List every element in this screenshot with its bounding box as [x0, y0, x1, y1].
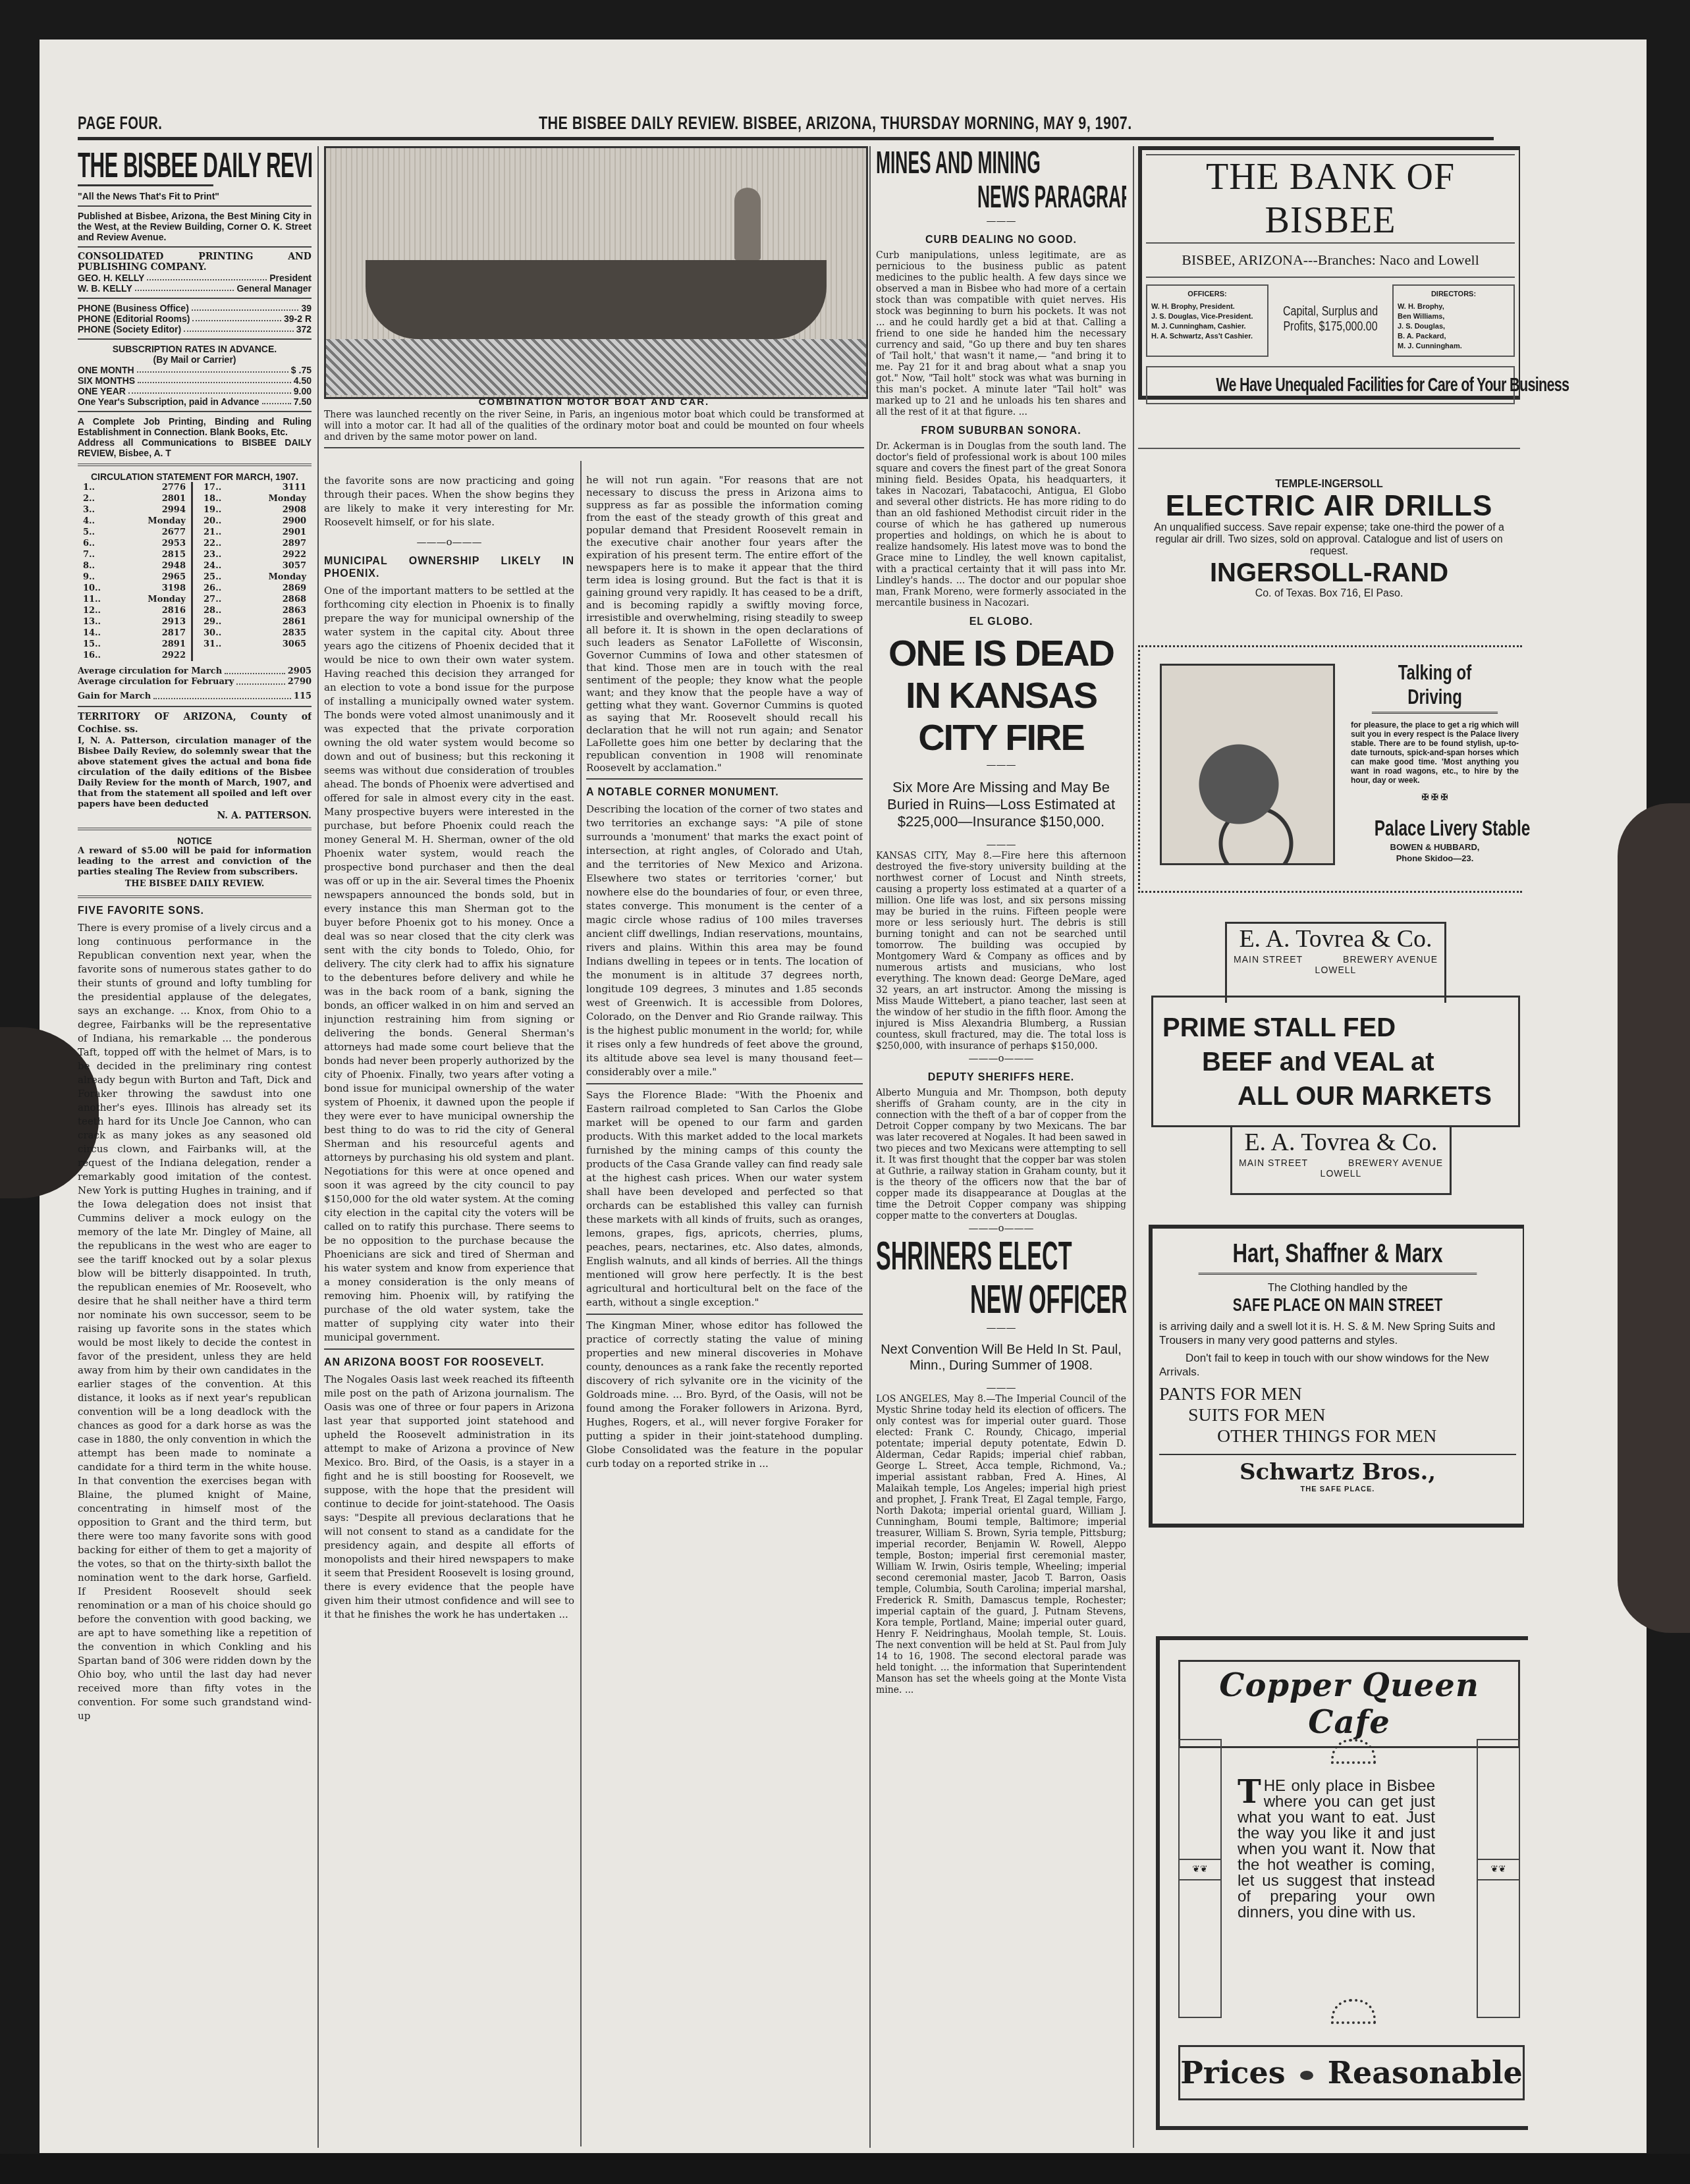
fire-subhead: Six More Are Missing and May Be Buried i… [876, 779, 1126, 830]
article-heading-municipal: MUNICIPAL OWNERSHIP LIKELY IN PHOENIX. [324, 555, 574, 580]
bank-of-bisbee-ad: THE BANK OF BISBEE BISBEE, ARIZONA---Bra… [1138, 146, 1520, 400]
circulation-row: 10..3198 [83, 583, 186, 594]
article-text-boost: The Nogales Oasis last week reached its … [324, 1373, 574, 1622]
curb-text: Curb manipulations, unless legitimate, a… [876, 250, 1126, 418]
ornament-panel-right [1477, 1739, 1520, 2018]
circulation-row: 15..2891 [83, 639, 186, 650]
affidavit-text: I, N. A. Patterson, circulation manager … [78, 736, 312, 810]
mines-title: MINES AND MINING NEWS PARAGRAPHS [876, 146, 1014, 215]
circulation-row: 27..2868 [204, 594, 306, 605]
drills-body: An unqualified success. Save repair expe… [1138, 522, 1520, 558]
bank-officers: OFFICERS: W. H. Brophy, President.J. S. … [1146, 284, 1268, 357]
curb-heading: CURB DEALING NO GOOD. [876, 234, 1126, 246]
director-item: W. H. Brophy, [1398, 302, 1510, 312]
circulation-row: 12..2816 [83, 605, 186, 616]
notice-text: A reward of $5.00 will be paid for infor… [78, 846, 312, 878]
livery-owners: BOWEN & HUBBARD, [1351, 841, 1519, 853]
address: Address all Communications to BISBEE DAI… [78, 437, 312, 458]
hsm-heading: Hart, Shaffner & Marx [1199, 1239, 1477, 1275]
gain-march: Gain for March115 [78, 691, 312, 702]
livery-body: for pleasure, the place to get a rig whi… [1351, 720, 1519, 785]
paper-title: THE BISBEE DAILY REVIEW [78, 146, 213, 186]
circulation-row: 1..2776 [83, 482, 186, 493]
circulation-row: 19..2908 [204, 504, 306, 516]
circulation-row: 20..2900 [204, 516, 306, 527]
sonora-text: Dr. Ackerman is in Douglas from the sout… [876, 441, 1126, 609]
affidavit-heading: TERRITORY OF ARIZONA, County of Cochise.… [78, 711, 312, 736]
shriners-headline: SHRINERS ELECT NEW OFFICERS [876, 1235, 1014, 1321]
deputy-text: Alberto Munguia and Mr. Thompson, both d… [876, 1088, 1126, 1222]
circulation-row: 3..2994 [83, 504, 186, 516]
hsm-store-tagline: THE SAFE PLACE. [1159, 1485, 1516, 1493]
livery-heading: Talking of Driving [1372, 660, 1498, 714]
bank-branches: BISBEE, ARIZONA---Branches: Naco and Low… [1146, 244, 1515, 278]
scan-edge [0, 2154, 1690, 2184]
circulation-heading: CIRCULATION STATEMENT FOR MARCH, 1907. [78, 471, 312, 482]
notice-heading: NOTICE [78, 836, 312, 846]
director-item: B. A. Packard, [1398, 332, 1510, 342]
copper-queen-cafe-ad: Copper Queen Cafe THE only place in Bisb… [1156, 1636, 1528, 2130]
officer-item: W. H. Brophy, President. [1151, 302, 1263, 312]
circulation-row: 26..2869 [204, 583, 306, 594]
circulation-row: 13..2913 [83, 616, 186, 627]
staff-row: GEO. H. KELLYPresident [78, 273, 312, 283]
tovrea-name: E. A. Tovrea & Co. [1232, 1127, 1450, 1158]
article-text-corner: Describing the location of the corner of… [586, 803, 863, 1079]
electric-air-drills-ad: TEMPLE-INGERSOLL ELECTRIC AIR DRILLS An … [1138, 448, 1520, 587]
circulation-row: 8..2948 [83, 560, 186, 572]
carriage-illustration [1160, 664, 1335, 865]
cafe-name: Copper Queen Cafe [1178, 1660, 1520, 1748]
hart-shaffner-marx-ad: Hart, Shaffner & Marx The Clothing handl… [1149, 1225, 1524, 1528]
ornament-panel-left [1178, 1739, 1222, 2018]
deputy-heading: DEPUTY SHERIFFS HERE. [876, 1071, 1126, 1084]
wreath-ornament-icon [1331, 1999, 1376, 2024]
hand-right [1618, 803, 1690, 1633]
article-text-kingman: The Kingman Miner, whose editor has foll… [586, 1319, 863, 1471]
column-rule [869, 146, 871, 2148]
livery-name: Palace Livery Stable [1375, 816, 1496, 841]
mines-header-block [718, 146, 866, 462]
bank-directors: DIRECTORS: W. H. Brophy,Ben Williams,J. … [1392, 284, 1515, 357]
shriners-subhead: Next Convention Will Be Held In St. Paul… [876, 1342, 1126, 1373]
livery-phone: Phone Skidoo—23. [1351, 853, 1519, 864]
drills-maker: INGERSOLL-RAND [1138, 558, 1520, 588]
drills-address: Co. of Texas. Box 716, El Paso. [1138, 588, 1520, 600]
article-heading-boost: AN ARIZONA BOOST FOR ROOSEVELT. [324, 1356, 574, 1369]
cafe-body: THE only place in Bisbee where you can g… [1238, 1778, 1435, 1921]
subscription-heading: SUBSCRIPTION RATES IN ADVANCE. [78, 344, 312, 354]
circulation-row: 21..2901 [204, 527, 306, 538]
circulation-row: 7..2815 [83, 549, 186, 560]
shriners-text: LOS ANGELES, May 8.—The Imperial Council… [876, 1394, 1126, 1696]
sonora-heading: FROM SUBURBAN SONORA. [876, 425, 1126, 437]
circulation-row: 5..2677 [83, 527, 186, 538]
tovrea-ad-bottom: E. A. Tovrea & Co. MAIN STREETBREWERY AV… [1230, 1127, 1452, 1195]
circulation-row: 11..Monday [83, 594, 186, 605]
officer-item: M. J. Cunningham, Cashier. [1151, 322, 1263, 332]
circulation-row: 30..2835 [204, 627, 306, 639]
staff-row: W. B. KELLYGeneral Manager [78, 283, 312, 294]
article-heading-corner: A NOTABLE CORNER MONUMENT. [586, 786, 863, 799]
officer-item: H. A. Schwartz, Ass't Cashier. [1151, 332, 1263, 342]
livery-ornament: ✠ ✠ ✠ [1351, 791, 1519, 803]
circulation-row: 23..2922 [204, 549, 306, 560]
page-masthead: PAGE FOUR. THE BISBEE DAILY REVIEW. BISB… [78, 113, 1494, 140]
circulation-row: 22..2897 [204, 538, 306, 549]
tagline: "All the News That's Fit to Print" [78, 190, 312, 207]
circulation-row: 25..Monday [204, 572, 306, 583]
column-5-news: ONE IS DEAD IN KANSAS CITY FIRE ——— Six … [876, 632, 1126, 2146]
roosevelt-continuation: he will not run again. "For reasons that… [586, 474, 863, 774]
avg-march: Average circulation for March2905 [78, 666, 312, 677]
favorite-sons-continuation: the favorite sons are now practicing and… [324, 474, 574, 529]
page-number: PAGE FOUR. [78, 113, 162, 134]
tovrea-name: E. A. Tovrea & Co. [1227, 924, 1444, 954]
rate-row: ONE MONTH$ .75 [78, 365, 312, 375]
circulation-row: 9..2965 [83, 572, 186, 583]
article-heading-five-sons: FIVE FAVORITE SONS. [78, 905, 312, 917]
article-text-municipal: One of the important matters to be settl… [324, 584, 574, 1345]
cafe-prices: PricesReasonable [1178, 2045, 1525, 2100]
hsm-store-name: Schwartz Bros., [1159, 1454, 1516, 1485]
beef-veal-ad: PRIME STALL FED BEEF and VEAL at ALL OUR… [1151, 996, 1520, 1127]
column-masthead-box: THE BISBEE DAILY REVIEW "All the News Th… [78, 146, 312, 2154]
drills-title: ELECTRIC AIR DRILLS [1138, 491, 1520, 522]
globo-heading: EL GLOBO. [876, 616, 1126, 628]
rate-row: SIX MONTHS4.50 [78, 375, 312, 386]
article-text-florence: Says the Florence Blade: "With the Phoen… [586, 1088, 863, 1310]
director-item: J. S. Douglas, [1398, 322, 1510, 332]
subscription-sub: (By Mail or Carrier) [78, 354, 312, 365]
bank-capital: Capital, Surplus and Profits, $175,000.0… [1281, 284, 1380, 357]
phone-row: PHONE (Society Editor)372 [78, 324, 312, 334]
palace-livery-ad: Talking of Driving for pleasure, the pla… [1138, 645, 1522, 893]
circulation-row: 2..2801 [83, 493, 186, 504]
hsm-paragraph1: is arriving daily and a swell lot it is.… [1159, 1319, 1516, 1347]
tovrea-ad-top: E. A. Tovrea & Co. MAIN STREETBREWERY AV… [1225, 922, 1446, 1003]
masthead-title: THE BISBEE DAILY REVIEW. BISBEE, ARIZONA… [539, 113, 1132, 134]
company-name: CONSOLIDATED PRINTING AND PUBLISHING COM… [78, 252, 312, 273]
hsm-sub1: The Clothing handled by the [1159, 1281, 1516, 1294]
circulation-row: 24..3057 [204, 560, 306, 572]
circulation-table: 1..27762..28013..29944..Monday5..26776..… [78, 482, 312, 661]
bank-name: THE BANK OF BISBEE [1146, 154, 1515, 244]
circulation-row: 6..2953 [83, 538, 186, 549]
affidavit-signature: N. A. PATTERSON. [78, 810, 312, 822]
circulation-row: 29..2861 [204, 616, 306, 627]
column-rule [317, 146, 319, 2148]
circulation-row: 18..Monday [204, 493, 306, 504]
leaf-ornament-icon [1300, 2071, 1313, 2080]
notice-signature: THE BISBEE DAILY REVIEW. [78, 878, 312, 890]
article-text-five-sons: There is every promise of a lively circu… [78, 921, 312, 1723]
column-rule [580, 461, 582, 2146]
hsm-sub2: SAFE PLACE ON MAIN STREET [1204, 1294, 1472, 1316]
column-3: he will not run again. "For reasons that… [586, 474, 863, 2153]
published-info: Published at Bisbee, Arizona, the Best M… [78, 211, 312, 242]
officer-item: J. S. Douglas, Vice-President. [1151, 312, 1263, 322]
rate-row: ONE YEAR9.00 [78, 386, 312, 396]
job-printing: A Complete Job Printing, Binding and Rul… [78, 416, 312, 437]
drills-kicker: TEMPLE-INGERSOLL [1138, 479, 1520, 491]
circulation-row: 16..2922 [83, 650, 186, 661]
rate-row: One Year's Subscription, paid in Advance… [78, 396, 312, 407]
phone-row: PHONE (Business Office)39 [78, 303, 312, 313]
circulation-row: 14..2817 [83, 627, 186, 639]
circulation-row: 4..Monday [83, 516, 186, 527]
avg-feb: Average circulation for February2790 [78, 677, 312, 687]
bank-slogan: We Have Unequaled Facilities for Care of… [1146, 366, 1515, 404]
hsm-paragraph2: Don't fail to keep in touch with our sho… [1159, 1351, 1516, 1379]
column-2: the favorite sons are now practicing and… [324, 474, 574, 2153]
circulation-row: 31..3065 [204, 639, 306, 650]
fire-headline: ONE IS DEAD IN KANSAS CITY FIRE [876, 632, 1126, 759]
circulation-row: 28..2863 [204, 605, 306, 616]
phone-row: PHONE (Editorial Rooms)39-2 R [78, 313, 312, 324]
director-item: Ben Williams, [1398, 312, 1510, 322]
column-rule [1133, 146, 1134, 2148]
circulation-row: 17..3111 [204, 482, 306, 493]
fire-text: KANSAS CITY, May 8.—Fire here this after… [876, 851, 1126, 1052]
hsm-men-list: PANTS FOR MEN SUITS FOR MEN OTHER THINGS… [1159, 1384, 1516, 1447]
director-item: M. J. Cunningham. [1398, 342, 1510, 352]
